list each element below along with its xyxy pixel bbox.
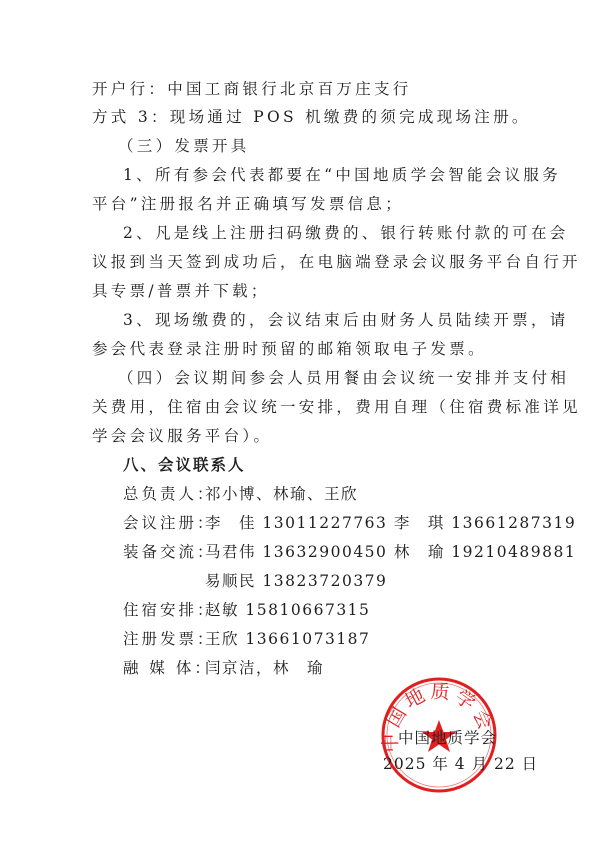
contact-value: 赵敏 15810667315 (205, 601, 370, 619)
contacts-heading: 八、会议联系人 (123, 455, 543, 475)
contact-label: 融 媒 体： (123, 658, 205, 678)
contact-row: 会议注册：李 佳 13011227763 李 琪 13661287319 (123, 513, 576, 533)
paragraph-line: 平台”注册报名并正确填写发票信息； (92, 194, 512, 214)
contact-value: 王欣 13661073187 (205, 630, 370, 648)
signature-organization: 中国地质学会 (398, 726, 497, 748)
contact-value: 祁小博、林瑜、王欣 (205, 485, 358, 503)
contact-label: 住宿安排： (123, 600, 205, 620)
contact-value: 马君伟 13632900450 林 瑜 19210489881 (205, 543, 576, 561)
paragraph-line: 1、所有参会代表都要在“中国地质学会智能会议服务 (123, 165, 543, 185)
bank-line: 开户行：中国工商银行北京百万庄支行 (92, 79, 512, 99)
payment-method-3: 方式 3：现场通过 POS 机缴费的须完成现场注册。 (92, 107, 512, 127)
contact-row: 装备交流：马君伟 13632900450 林 瑜 19210489881 (123, 542, 576, 562)
paragraph-line: 议报到当天签到成功后，在电脑端登录会议服务平台自行开 (92, 252, 512, 272)
contact-row: 总负责人：祁小博、林瑜、王欣 (123, 484, 358, 504)
paragraph-line: （四）会议期间参会人员用餐由会议统一安排并支付相 (118, 368, 538, 388)
signature-date: 2025 年 4 月 22 日 (383, 752, 538, 774)
contact-value: 易顺民 13823720379 (205, 572, 387, 590)
paragraph-line: 2、凡是线上注册扫码缴费的、银行转账付款的可在会 (123, 223, 543, 243)
contact-label: 注册发票： (123, 629, 205, 649)
contact-row: 注册发票：王欣 13661073187 (123, 629, 370, 649)
contact-row: 易顺民 13823720379 (123, 571, 387, 591)
document-page: 开户行：中国工商银行北京百万庄支行 方式 3：现场通过 POS 机缴费的须完成现… (0, 0, 600, 848)
paragraph-line: 参会代表登录注册时预留的邮箱领取电子发票。 (92, 339, 512, 359)
paragraph-line: 3、现场缴费的，会议结束后由财务人员陆续开票，请 (123, 310, 543, 330)
contact-value: 李 佳 13011227763 李 琪 13661287319 (205, 514, 576, 532)
contact-label: 装备交流： (123, 542, 205, 562)
contact-label: 会议注册： (123, 513, 205, 533)
paragraph-line: 学会会议服务平台）。 (92, 426, 512, 446)
contact-label: 总负责人： (123, 484, 205, 504)
paragraph-line: 关费用，住宿由会议统一安排，费用自理（住宿费标准详见 (92, 397, 512, 417)
contact-row: 融 媒 体：闫京洁，林 瑜 (123, 658, 324, 678)
contact-value: 闫京洁，林 瑜 (205, 659, 324, 677)
paragraph-line: 具专票/普票并下载； (92, 281, 512, 301)
section-invoice-heading: （三）发票开具 (118, 136, 538, 156)
contact-row: 住宿安排：赵敏 15810667315 (123, 600, 370, 620)
